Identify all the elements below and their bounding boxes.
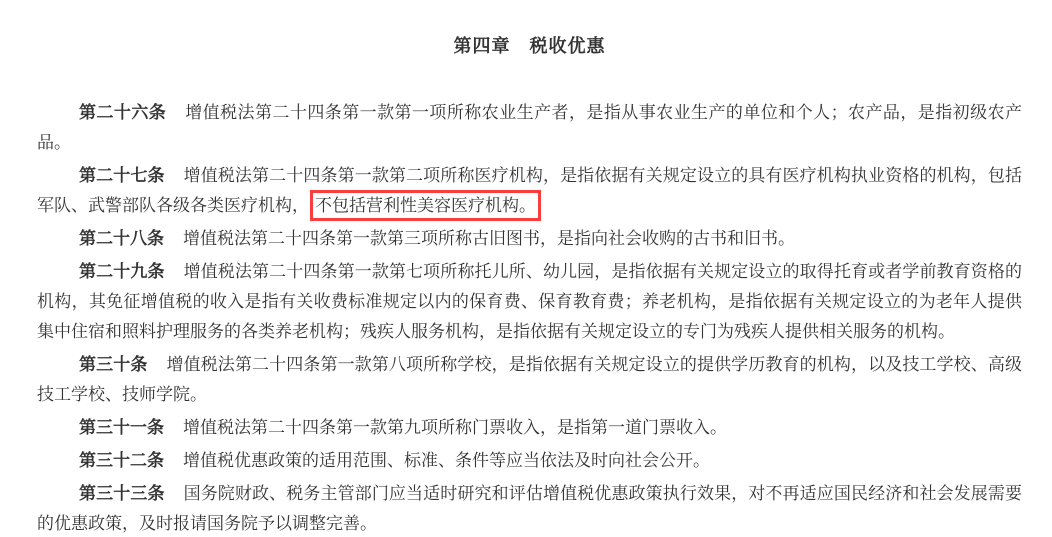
article-paragraph: 第二十八条增值税法第二十四条第一款第三项所称古旧图书，是指向社会收购的古书和旧书… [37,224,1022,254]
article-label: 第二十六条 [79,103,166,122]
chapter-title: 第四章 税收优惠 [37,34,1022,58]
article-label: 第三十一条 [79,418,164,437]
article-body: 增值税法第二十四条第一款第一项所称农业生产者，是指从事农业生产的单位和个人；农产… [37,103,1022,152]
highlighted-text-red-box: 不包括营利性美容医疗机构。 [310,190,541,221]
article-body: 增值税法第二十四条第一款第三项所称古旧图书，是指向社会收购的古书和旧书。 [183,229,795,248]
article-paragraph: 第三十三条国务院财政、税务主管部门应当适时研究和评估增值税优惠政策执行效果，对不… [37,479,1022,537]
article-body: 增值税法第二十四条第一款第八项所称学校，是指依据有关规定设立的提供学历教育的机构… [37,355,1022,404]
article-paragraph: 第三十条增值税法第二十四条第一款第八项所称学校，是指依据有关规定设立的提供学历教… [37,350,1022,410]
article-label: 第三十三条 [79,484,165,503]
article-label: 第二十七条 [79,166,165,185]
article-paragraph: 第二十七条增值税法第二十四条第一款第二项所称医疗机构，是指依据有关规定设立的具有… [37,161,1022,221]
article-body: 增值税优惠政策的适用范围、标准、条件等应当依法及时向社会公开。 [183,451,710,470]
article-paragraph: 第二十六条增值税法第二十四条第一款第一项所称农业生产者，是指从事农业生产的单位和… [37,98,1022,158]
article-label: 第三十二条 [79,451,164,470]
article-label: 第二十八条 [79,229,164,248]
article-paragraph: 第二十九条增值税法第二十四条第一款第七项所称托儿所、幼儿园，是指依据有关规定设立… [37,257,1022,347]
article-body: 增值税法第二十四条第一款第九项所称门票收入，是指第一道门票收入。 [183,418,727,437]
articles-container: 第二十六条增值税法第二十四条第一款第一项所称农业生产者，是指从事农业生产的单位和… [37,98,1022,537]
article-label: 第三十条 [79,355,147,374]
article-body: 国务院财政、税务主管部门应当适时研究和评估增值税优惠政策执行效果，对不再适应国民… [37,484,1022,533]
article-paragraph: 第三十二条增值税优惠政策的适用范围、标准、条件等应当依法及时向社会公开。 [37,446,1022,476]
article-paragraph: 第三十一条增值税法第二十四条第一款第九项所称门票收入，是指第一道门票收入。 [37,413,1022,443]
article-label: 第二十九条 [79,262,165,281]
document-page: 第四章 税收优惠 第二十六条增值税法第二十四条第一款第一项所称农业生产者，是指从… [0,0,1052,537]
article-body: 增值税法第二十四条第一款第七项所称托儿所、幼儿园，是指依据有关规定设立的取得托育… [37,262,1022,341]
